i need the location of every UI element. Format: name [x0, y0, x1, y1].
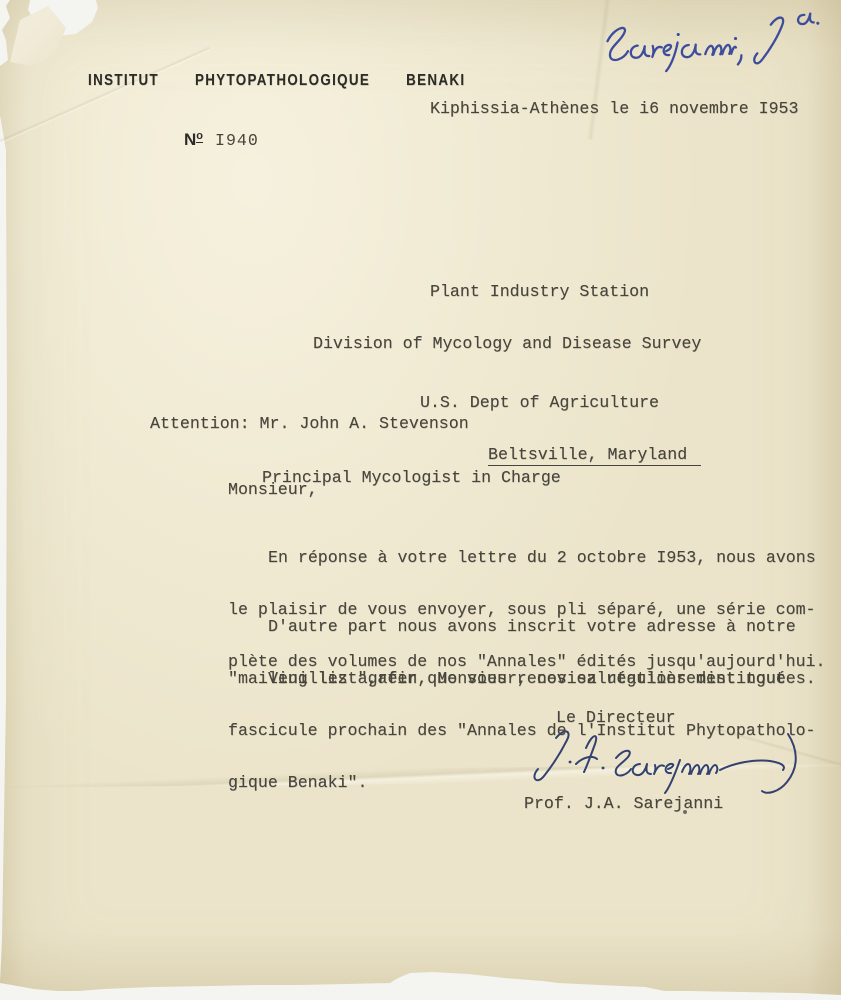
recipient-line: Plant Industry Station: [430, 283, 701, 300]
ref-superscript: o: [196, 130, 203, 143]
typed-signature: Prof. J.A. Sarejanni: [524, 795, 723, 812]
closing-line: Veuillez agréer, Monsieur, nos salutatio…: [268, 670, 816, 687]
attention-line: Attention: Mr. John A. Stevenson: [150, 415, 561, 433]
salutation: Monsieur,: [228, 481, 318, 498]
ref-label: N: [184, 130, 196, 149]
recipient-line: Division of Mycology and Disease Survey: [313, 335, 701, 352]
attention-block: Attention: Mr. John A. Stevenson Princip…: [150, 379, 561, 523]
body-line: En réponse à votre lettre du 2 octobre I…: [228, 549, 825, 566]
ref-value: I940: [215, 131, 259, 150]
scanned-letter: Sarejanni, J. A INSTITUT PHYTOPATHOLOGIQ…: [0, 0, 841, 1000]
handwritten-signature: J. A. Sarejanni: [520, 722, 820, 800]
handwritten-annotation: Sarejanni, J. A: [592, 2, 830, 76]
letterhead-stamp: INSTITUT PHYTOPATHOLOGIQUE BENAKI: [88, 72, 465, 90]
ref-number: NoI940: [184, 130, 259, 150]
body-line: D'autre part nous avons inscrit votre ad…: [228, 618, 816, 635]
dateline: Kiphissia-Athènes le i6 novembre I953: [430, 100, 798, 117]
